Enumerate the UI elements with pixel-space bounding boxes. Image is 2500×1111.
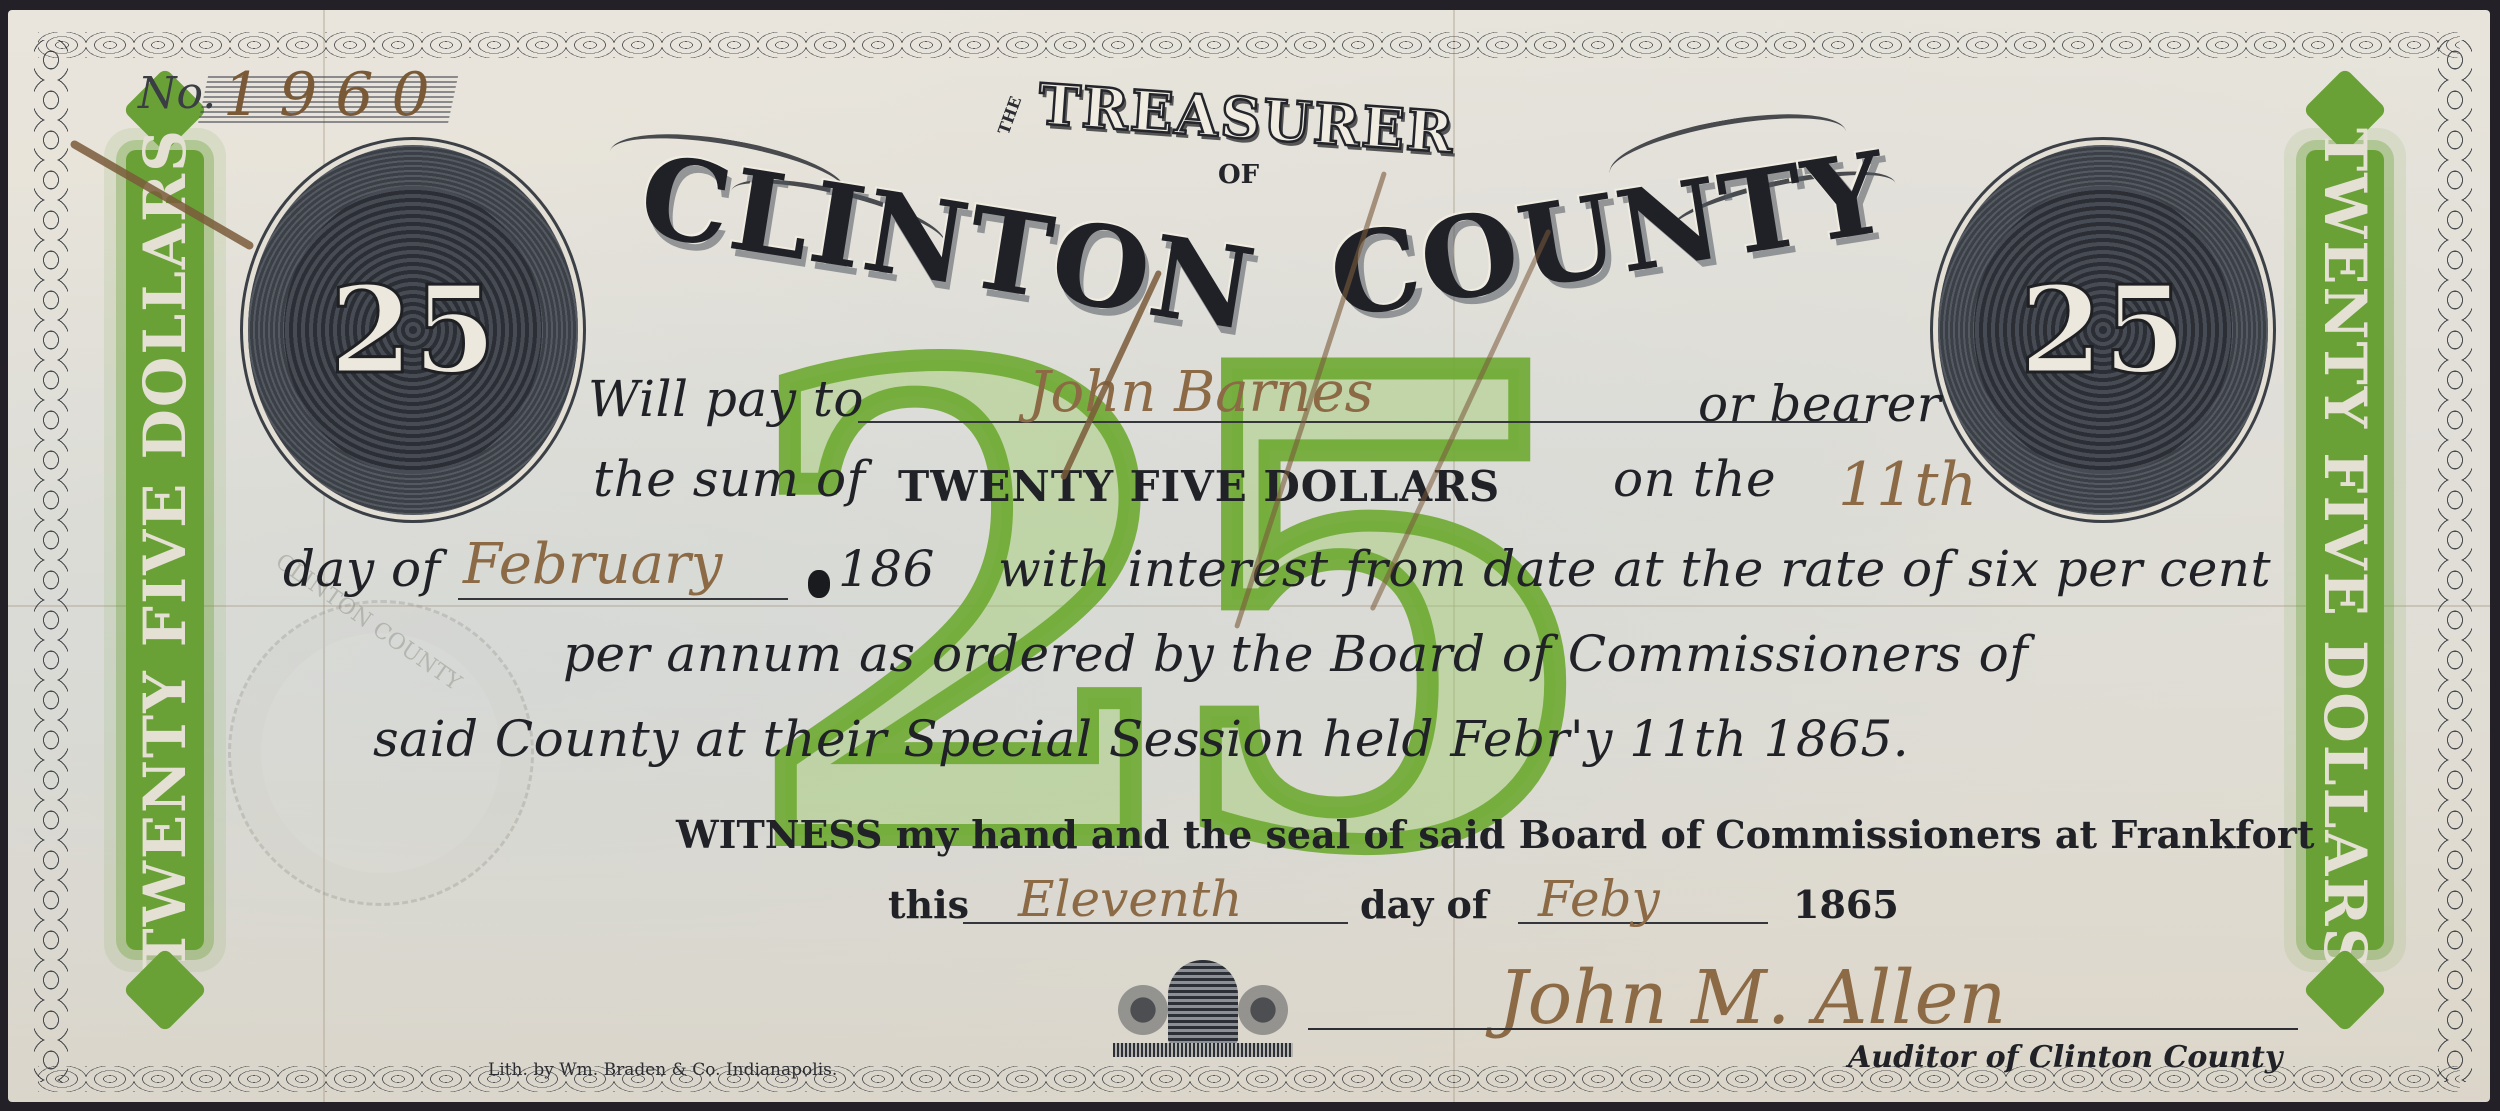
side-panel-right-text: TWENTY FIVE DOLLARS: [2311, 128, 2379, 971]
body-line2-prefix: the sum of: [593, 450, 866, 508]
banknote: TWENTY FIVE DOLLARS TWENTY FIVE DOLLARS …: [8, 10, 2490, 1102]
title-of: OF: [1218, 160, 1259, 190]
side-panel-left-text: TWENTY FIVE DOLLARS: [131, 128, 199, 971]
signature-rule: [1308, 1028, 2298, 1030]
this-label: this: [888, 882, 969, 927]
vignette-base: [1113, 1043, 1293, 1057]
body-line1-suffix: or bearer: [1698, 375, 1941, 433]
denomination-medallion-right: 25: [1938, 145, 2268, 515]
body-line3-suffix: with interest from date at the rate of s…: [998, 540, 2271, 598]
month-rule: [458, 598, 788, 600]
printer-imprint: Lith. by Wm. Braden & Co. Indianapolis.: [488, 1060, 837, 1080]
border-right-ornament: [2438, 40, 2472, 1082]
body-line3-prefix: day of: [283, 540, 441, 598]
ink-blot: [808, 570, 830, 598]
signatory-title: Auditor of Clinton County: [1848, 1040, 2282, 1075]
body-line4: per annum as ordered by the Board of Com…: [563, 625, 2028, 683]
serial-number: 1960: [223, 60, 448, 130]
amount-in-words: TWENTY FIVE DOLLARS: [898, 462, 1500, 511]
body-line5: said County at their Special Session hel…: [373, 710, 1909, 768]
side-panel-right: TWENTY FIVE DOLLARS: [2260, 70, 2430, 1030]
foliage-ornament: [1228, 975, 1298, 1045]
witness-month-handwritten: Feby: [1538, 870, 1660, 928]
day-of-label: day of: [1360, 882, 1488, 927]
border-top-ornament: [38, 32, 2460, 58]
denomination-medallion-left: 25: [248, 145, 578, 515]
title-the: THE: [994, 94, 1025, 137]
beehive-vignette: [1088, 955, 1318, 1065]
year-printed: 186: [838, 540, 935, 598]
day-handwritten: 11th: [1838, 450, 1977, 520]
witness-date-line: this: [888, 882, 969, 927]
witness-year: 1865: [1793, 882, 1899, 927]
body-line1-prefix: Will pay to: [588, 370, 864, 428]
witness-line: WITNESS my hand and the seal of said Boa…: [676, 812, 2314, 857]
side-panel-left: TWENTY FIVE DOLLARS: [80, 70, 250, 1030]
body-line2-suffix: on the: [1613, 450, 1776, 508]
title-treasurer: TREASURER: [1036, 72, 1457, 167]
beehive-icon: [1168, 960, 1238, 1045]
month-handwritten: February: [463, 532, 722, 597]
witness-day-handwritten: Eleventh: [1018, 870, 1242, 928]
border-left-ornament: [34, 40, 68, 1082]
denomination-right: 25: [2019, 260, 2186, 401]
denomination-left: 25: [329, 260, 496, 401]
